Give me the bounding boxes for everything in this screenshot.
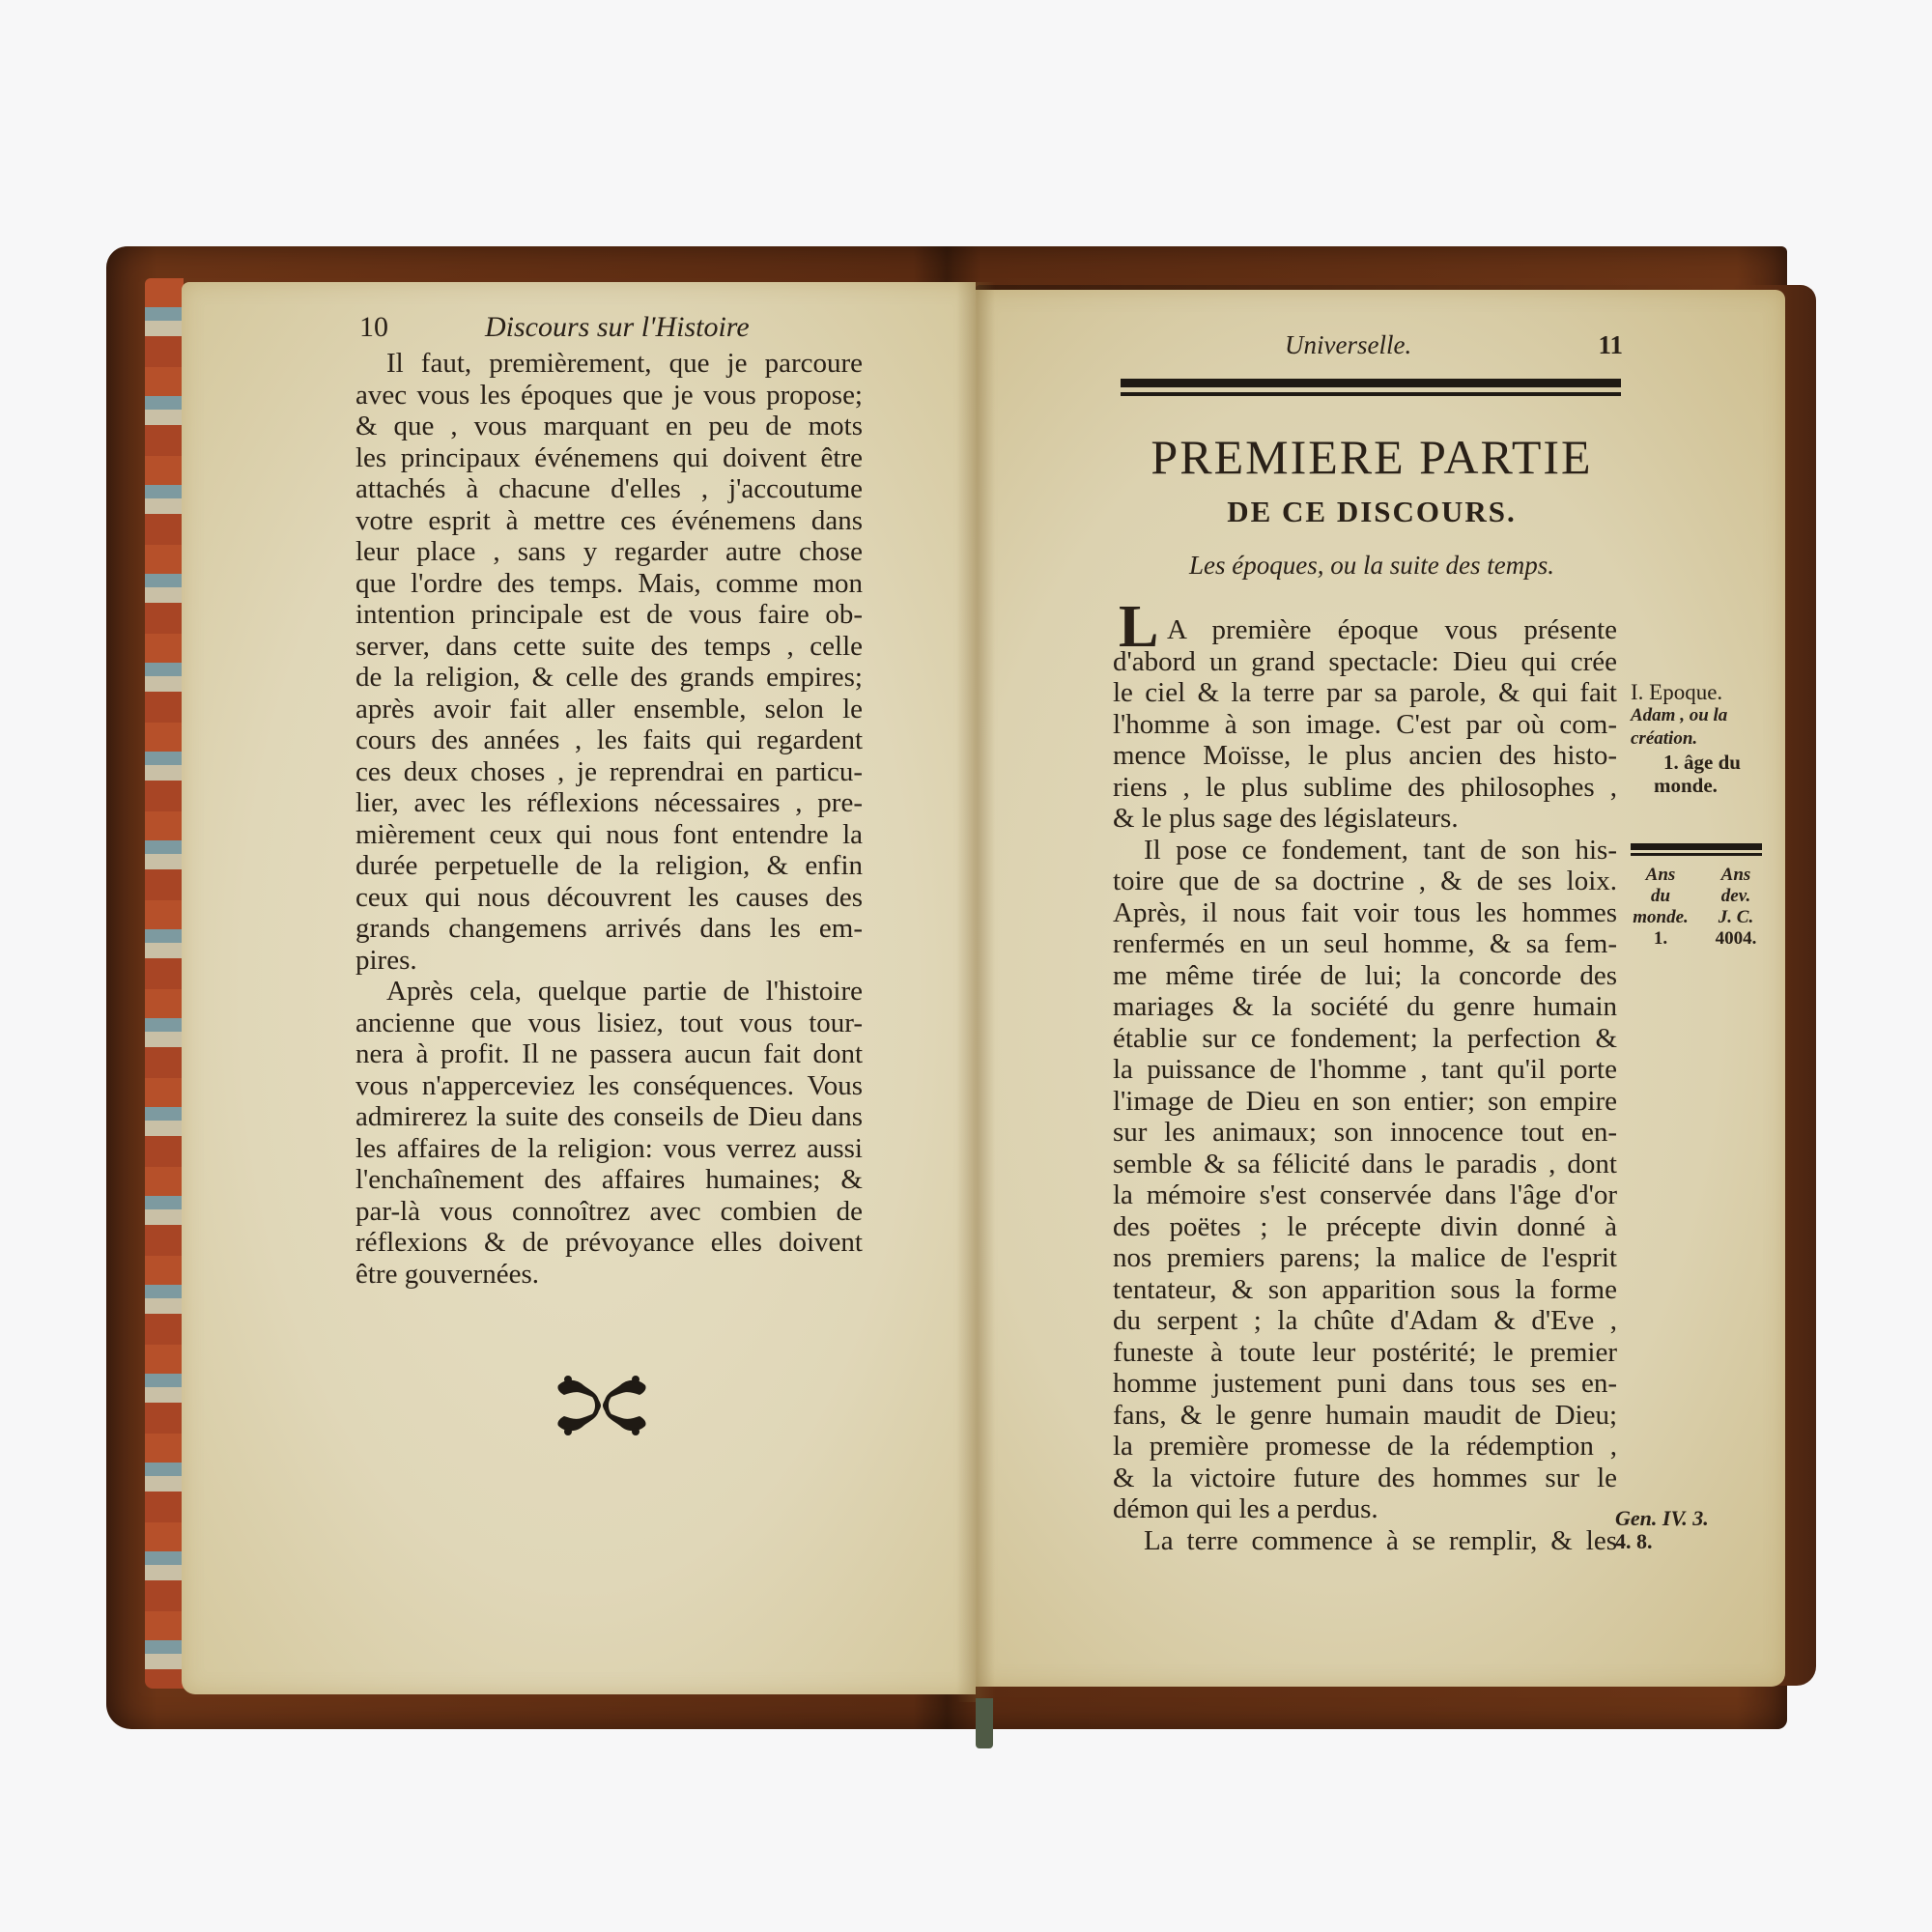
text-line: l'homme à son image. C'est par où com- — [1113, 709, 1617, 741]
header-cell: J. C. — [1701, 907, 1771, 928]
age-label: 1. âge du — [1631, 751, 1776, 774]
chronology-table: Ans Ans du dev. monde. J. C. 1. 4004. — [1626, 865, 1771, 950]
paragraph: Il faut, premièrement, que je parcoure a… — [355, 348, 863, 976]
text-line: pires. — [355, 945, 863, 977]
text-line: Il faut, premièrement, que je parcoure — [355, 348, 863, 380]
text-line: mariages & la société du genre humain — [1113, 991, 1617, 1023]
value-cell: 1. — [1626, 928, 1695, 950]
left-running-title: Discours sur l'Histoire — [485, 311, 750, 344]
paragraph: A première époque vous présente d'abord … — [1113, 614, 1617, 835]
age-label-cont: monde. — [1631, 774, 1776, 797]
text-line: la première promesse de la rédemption , — [1113, 1431, 1617, 1463]
text-line: que l'ordre des temps. Mais, comme mon — [355, 568, 863, 600]
text-line: cours des années , les faits qui regarde… — [355, 724, 863, 756]
margin-rule-thin — [1631, 853, 1762, 856]
right-page-number: 11 — [1598, 330, 1623, 360]
left-page-number: 10 — [359, 311, 388, 344]
book-gutter — [956, 282, 995, 1702]
text-line: fans, & le genre humain maudit de Dieu; — [1113, 1400, 1617, 1432]
header-cell: Ans — [1701, 865, 1771, 886]
text-line: admirerez la suite des conseils de Dieu … — [355, 1101, 863, 1133]
left-page-body: Il faut, premièrement, que je parcoure a… — [355, 348, 863, 1290]
margin-note-epoch: I. Epoque. Adam , ou la création. 1. âge… — [1631, 681, 1776, 797]
chronology-header-row: Ans Ans — [1626, 865, 1771, 886]
section-title: Les époques, ou la suite des temps. — [1116, 551, 1628, 581]
header-cell: Ans — [1626, 865, 1695, 886]
text-line: tentateur, & son apparition sous la form… — [1113, 1274, 1617, 1306]
text-line: mièrement ceux qui nous font entendre la — [355, 819, 863, 851]
text-line: votre esprit à mettre ces événemens dans — [355, 505, 863, 537]
header-cell: dev. — [1701, 886, 1771, 907]
text-line: après avoir fait aller ensemble, selon l… — [355, 694, 863, 725]
text-line: les affaires de la religion: vous verrez… — [355, 1133, 863, 1165]
marbled-page-edge — [145, 278, 184, 1689]
text-line: mence Moïsse, le plus ancien des histo- — [1113, 740, 1617, 772]
text-line: le ciel & la terre par sa parole, & qui … — [1113, 677, 1617, 709]
bookmark-ribbon[interactable] — [976, 1698, 993, 1748]
text-line: & que , vous marquant en peu de mots — [355, 411, 863, 442]
text-line: funeste à toute leur postérité; le premi… — [1113, 1337, 1617, 1369]
text-line: sur les animaux; son innocence tout en- — [1113, 1117, 1617, 1149]
text-line: server, dans cette suite des temps , cel… — [355, 631, 863, 663]
paragraph: Après cela, quelque partie de l'histoire… — [355, 976, 863, 1290]
text-line: du serpent ; la chûte d'Adam & d'Eve , — [1113, 1305, 1617, 1337]
text-line: ces deux choses , je reprendrai en parti… — [355, 756, 863, 788]
double-rule-divider — [1121, 379, 1621, 387]
epoch-subtitle-cont: création. — [1631, 727, 1776, 751]
text-line: nos premiers parens; la malice de l'espr… — [1113, 1242, 1617, 1274]
text-line: semble & sa félicité dans le paradis , d… — [1113, 1149, 1617, 1180]
text-line: avec vous les époques que je vous propos… — [355, 380, 863, 412]
text-line: par-là vous connoîtrez avec combien de — [355, 1196, 863, 1228]
text-line: nera à profit. Il ne passera aucun fait … — [355, 1038, 863, 1070]
scripture-reference-verses: 4. 8. — [1615, 1530, 1770, 1553]
text-line: renfermés en un seul homme, & sa fem- — [1113, 928, 1617, 960]
text-line: être gouvernées. — [355, 1259, 863, 1291]
text-line: réflexions & de prévoyance elles doivent — [355, 1227, 863, 1259]
text-line: La terre commence à se remplir, & les — [1113, 1525, 1617, 1557]
text-line: ceux qui nous découvrent les causes des — [355, 882, 863, 914]
text-line: Après, il nous fait voir tous les hommes — [1113, 897, 1617, 929]
scripture-reference: Gen. IV. 3. — [1615, 1507, 1770, 1530]
text-line: A première époque vous présente — [1113, 614, 1617, 646]
text-line: attachés à chacune d'elles , j'accoutume — [355, 473, 863, 505]
part-title: PREMIERE PARTIE — [1116, 429, 1628, 485]
header-cell: monde. — [1626, 907, 1695, 928]
text-line: la mémoire s'est conservée dans l'âge d'… — [1113, 1179, 1617, 1211]
text-line: & le plus sage des législateurs. — [1113, 803, 1617, 835]
text-line: de la religion, & celle des grands empir… — [355, 662, 863, 694]
value-cell: 4004. — [1701, 928, 1771, 950]
text-line: la puissance de l'homme , tant qu'il por… — [1113, 1054, 1617, 1086]
chronology-value-row: 1. 4004. — [1626, 928, 1771, 950]
text-line: démon qui les a perdus. — [1113, 1493, 1617, 1525]
text-line: homme justement puni dans tous ses en- — [1113, 1368, 1617, 1400]
text-line: ancienne que vous lisiez, tout vous tour… — [355, 1008, 863, 1039]
part-subtitle: DE CE DISCOURS. — [1116, 495, 1628, 529]
text-line: intention principale est de vous faire o… — [355, 599, 863, 631]
text-line: leur place , sans y regarder autre chose — [355, 536, 863, 568]
right-running-title: Universelle. — [1285, 330, 1411, 360]
text-line: riens , le plus sublime des philosophes … — [1113, 772, 1617, 804]
text-line: les principaux événemens qui doivent êtr… — [355, 442, 863, 474]
right-page-body: A première époque vous présente d'abord … — [1113, 614, 1617, 1556]
text-line: d'abord un grand spectacle: Dieu qui cré… — [1113, 646, 1617, 678]
double-rule-divider-thin — [1121, 392, 1621, 396]
text-line: Il pose ce fondement, tant de son his- — [1113, 835, 1617, 867]
text-line: & la victoire future des hommes sur le — [1113, 1463, 1617, 1494]
text-line: toire que de sa doctrine , & de ses loix… — [1113, 866, 1617, 897]
epoch-label: I. Epoque. — [1631, 681, 1776, 704]
text-line: grands changemens arrivés dans les em- — [355, 913, 863, 945]
epoch-subtitle: Adam , ou la — [1631, 704, 1776, 727]
margin-rule — [1631, 843, 1762, 850]
header-cell: du — [1626, 886, 1695, 907]
text-line: lier, avec les réflexions nécessaires , … — [355, 787, 863, 819]
chronology-header-row: monde. J. C. — [1626, 907, 1771, 928]
text-line: établie sur ce fondement; la perfection … — [1113, 1023, 1617, 1055]
paragraph: La terre commence à se remplir, & les — [1113, 1525, 1617, 1557]
text-line: des poëtes ; le précepte divin donné à — [1113, 1211, 1617, 1243]
text-line: durée perpetuelle de la religion, & enfi… — [355, 850, 863, 882]
text-line: l'image de Dieu en son entier; son empir… — [1113, 1086, 1617, 1118]
text-line: me même tirée de lui; la concorde des — [1113, 960, 1617, 992]
text-line: Après cela, quelque partie de l'histoire — [355, 976, 863, 1008]
fleuron-ornament-icon — [549, 1372, 655, 1439]
text-line: vous n'apperceviez les conséquences. Vou… — [355, 1070, 863, 1102]
chronology-header-row: du dev. — [1626, 886, 1771, 907]
margin-note-reference: Gen. IV. 3. 4. 8. — [1615, 1507, 1770, 1553]
text-line: l'enchaînement des affaires humaines; & — [355, 1164, 863, 1196]
paragraph: Il pose ce fondement, tant de son his- t… — [1113, 835, 1617, 1525]
